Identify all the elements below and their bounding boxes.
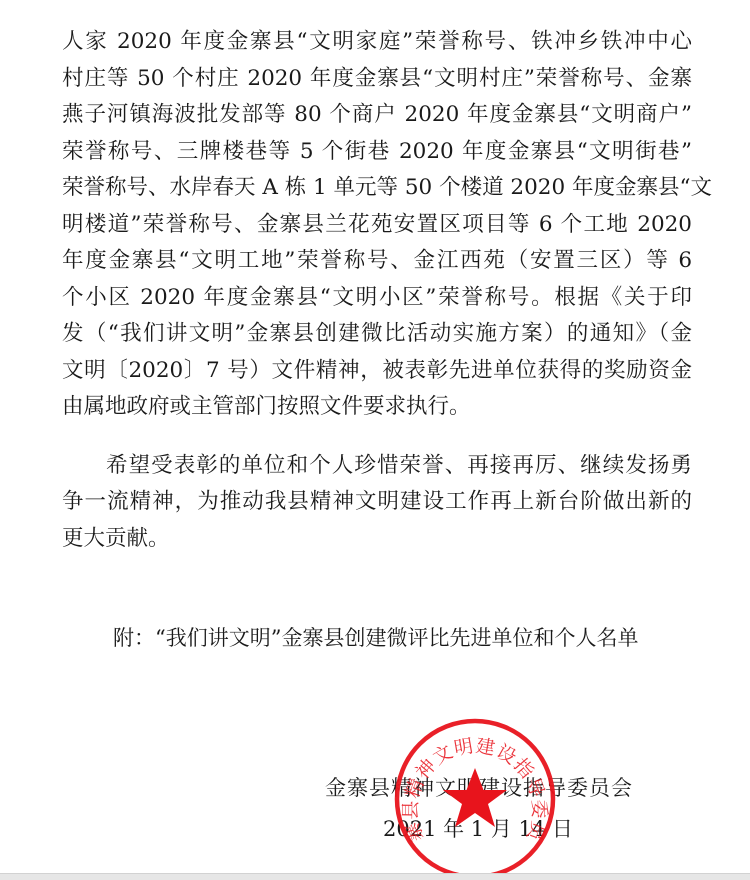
text-line: 文明〔2020〕7 号）文件精神，被表彰先进单位获得的奖励资金 bbox=[62, 357, 692, 385]
text-line: 个小区 2020 年度金寨县“文明小区”荣誉称号。根据《关于印 bbox=[62, 284, 692, 312]
attachment-note: 附：“我们讲文明”金寨县创建微评比先进单位和个人名单 bbox=[113, 622, 638, 652]
text-line: 村庄等 50 个村庄 2020 年度金寨县“文明村庄”荣誉称号、金寨 bbox=[62, 65, 692, 93]
bottom-scroll-bar bbox=[0, 873, 750, 880]
signature-date: 2021 年 1 月 14 日 bbox=[383, 813, 573, 843]
text-line: 荣誉称号、三牌楼巷等 5 个街巷 2020 年度金寨县“文明街巷” bbox=[62, 138, 692, 166]
signature-organization: 金寨县精神文明建设指导委员会 bbox=[325, 772, 633, 802]
text-line: 发（“我们讲文明”金寨县创建微比活动实施方案）的通知》（金 bbox=[62, 320, 692, 348]
text-line: 人家 2020 年度金寨县“文明家庭”荣誉称号、铁冲乡铁冲中心 bbox=[62, 28, 692, 56]
text-line: 荣誉称号、水岸春天 A 栋 1 单元等 50 个楼道 2020 年度金寨县“文 bbox=[62, 174, 692, 202]
text-line: 明楼道”荣誉称号、金寨县兰花苑安置区项目等 6 个工地 2020 bbox=[62, 211, 692, 239]
text-line: 年度金寨县“文明工地”荣誉称号、金江西苑（安置三区）等 6 bbox=[62, 247, 692, 275]
text-line: 燕子河镇海波批发部等 80 个商户 2020 年度金寨县“文明商户” bbox=[62, 101, 692, 129]
document-page: 人家 2020 年度金寨县“文明家庭”荣誉称号、铁冲乡铁冲中心 村庄等 50 个… bbox=[0, 0, 750, 873]
text-line: 争一流精神，为推动我县精神文明建设工作再上新台阶做出新的 bbox=[62, 488, 692, 516]
text-line: 由属地政府或主管部门按照文件要求执行。 bbox=[62, 393, 692, 421]
text-line: 希望受表彰的单位和个人珍惜荣誉、再接再厉、继续发扬勇 bbox=[106, 452, 692, 480]
text-line: 更大贡献。 bbox=[62, 525, 692, 553]
